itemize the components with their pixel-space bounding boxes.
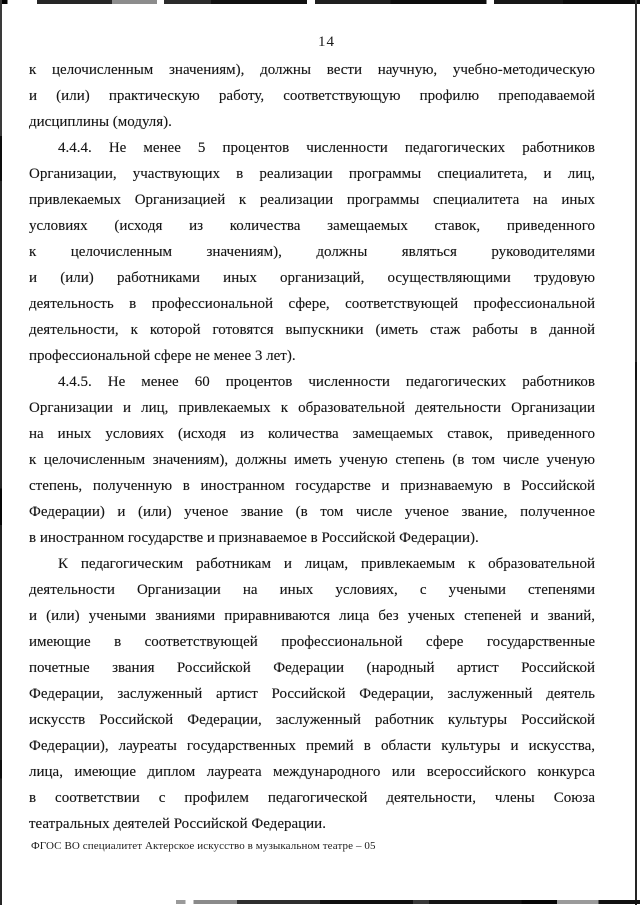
scan-edge-top: [0, 0, 640, 4]
text-line: дисциплины (модуля).: [29, 109, 595, 135]
text-line: К педагогическим работникам и лицам, при…: [29, 551, 595, 577]
text-line: профессиональной сфере не менее 3 лет).: [29, 343, 595, 369]
text-line: условиях (исходя из количества замещаемы…: [29, 213, 595, 239]
text-line: деятельности Организации на иных условия…: [29, 577, 595, 603]
text-line: театральных деятелей Российской Федераци…: [29, 811, 595, 837]
text-line: и (или) практическую работу, соответству…: [29, 83, 595, 109]
scan-edge-left: [0, 0, 2, 905]
text-line: имеющие в соответствующей профессиональн…: [29, 629, 595, 655]
text-line: почетные звания Российской Федерации (на…: [29, 655, 595, 681]
text-line: степень, полученную в иностранном госуда…: [29, 473, 595, 499]
text-line: искусств Российской Федерации, заслуженн…: [29, 707, 595, 733]
text-line: к целочисленным значениям), должны являт…: [29, 239, 595, 265]
text-line: в иностранном государстве и признаваемое…: [29, 525, 595, 551]
text-line: к целочисленным значениям), должны иметь…: [29, 447, 595, 473]
text-line: на иных условиях (исходя из количества з…: [29, 421, 595, 447]
para-4-4-4: 4.4.4. Не менее 5 процентов численности …: [29, 135, 595, 369]
text-line: Федерации), лауреаты государственных пре…: [29, 733, 595, 759]
para-continuation: к целочисленным значениям), должны вести…: [29, 57, 595, 135]
text-line: Организации, участвующих в реализации пр…: [29, 161, 595, 187]
text-line: привлекаемых Организацией к реализации п…: [29, 187, 595, 213]
scan-edge-right: [635, 0, 637, 905]
text-line: и (или) учеными званиями приравниваются …: [29, 603, 595, 629]
text-line: Организации и лиц, привлекаемых к образо…: [29, 395, 595, 421]
text-line: 4.4.5. Не менее 60 процентов численности…: [29, 369, 595, 395]
footer-note: ФГОС ВО специалитет Актерское искусство …: [31, 840, 376, 852]
document-page: 14 к целочисленным значениям), должны ве…: [0, 0, 640, 905]
page-number: 14: [318, 34, 335, 51]
text-line: деятельности, к которой готовятся выпуск…: [29, 317, 595, 343]
para-honorary-titles: К педагогическим работникам и лицам, при…: [29, 551, 595, 837]
text-line: деятельность в профессиональной сфере, с…: [29, 291, 595, 317]
scan-edge-bottom: [0, 900, 640, 904]
text-line: Федерации) и (или) ученое звание (в том …: [29, 499, 595, 525]
text-line: лица, имеющие диплом лауреата международ…: [29, 759, 595, 785]
para-4-4-5: 4.4.5. Не менее 60 процентов численности…: [29, 369, 595, 551]
text-line: к целочисленным значениям), должны вести…: [29, 57, 595, 83]
document-body: к целочисленным значениям), должны вести…: [29, 57, 595, 837]
text-line: 4.4.4. Не менее 5 процентов численности …: [29, 135, 595, 161]
text-line: Федерации, заслуженный артист Российской…: [29, 681, 595, 707]
text-line: и (или) работниками иных организаций, ос…: [29, 265, 595, 291]
text-line: в соответствии с профилем педагогической…: [29, 785, 595, 811]
